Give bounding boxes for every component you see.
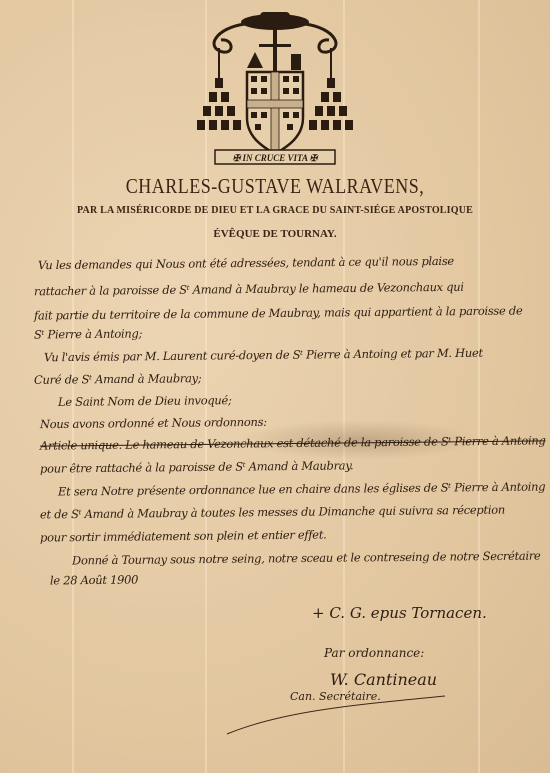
body-line: fait partie du territoire de la commune …: [34, 303, 523, 322]
body-line: rattacher à la paroisse de Sᵗ Amand à Ma…: [34, 280, 464, 298]
signature-flourish: [225, 690, 465, 740]
body-line: Nous avons ordonné et Nous ordonnons:: [40, 415, 267, 431]
body-line: Vu les demandes qui Nous ont été adressé…: [38, 254, 454, 272]
coat-of-arms-icon: ✠ IN CRUCE VITA ✠: [185, 8, 365, 168]
bishop-signature: + C. G. epus Tornacen.: [312, 604, 487, 622]
body-line: et de Sᵗ Amand à Maubray à toutes les me…: [40, 503, 505, 522]
letter-page: ✠ IN CRUCE VITA ✠ CHARLES-GUSTAVE WALRAV…: [0, 0, 550, 773]
body-line: Vu l'avis émis par M. Laurent curé-doyen…: [44, 346, 483, 365]
body-line: Curé de Sᵗ Amand à Maubray;: [34, 371, 202, 387]
svg-text:✠ IN CRUCE VITA ✠: ✠ IN CRUCE VITA ✠: [233, 153, 319, 163]
body-line: Le Saint Nom de Dieu invoqué;: [58, 393, 232, 409]
body-line: pour sortir immédiatement son plein et e…: [40, 528, 327, 545]
body-line: Et sera Notre présente ordonnance lue en…: [58, 479, 545, 498]
bishop-name: CHARLES-GUSTAVE WALRAVENS,: [0, 174, 550, 198]
countersign-label: Par ordonnance:: [324, 646, 424, 660]
body-line: pour être rattaché à la paroisse de Sᵗ A…: [40, 458, 353, 475]
bishop-subtitle: PAR LA MISÉRICORDE DE DIEU ET LA GRACE D…: [0, 205, 550, 216]
body-line: Donné à Tournay sous notre seing, notre …: [72, 549, 541, 568]
bishop-title: ÉVÊQUE DE TOURNAY.: [0, 228, 550, 240]
body-line: Sᵗ Pierre à Antoing;: [34, 326, 142, 341]
date-line: le 28 Août 1900: [50, 573, 138, 588]
secretary-signature: W. Cantineau: [330, 670, 437, 689]
